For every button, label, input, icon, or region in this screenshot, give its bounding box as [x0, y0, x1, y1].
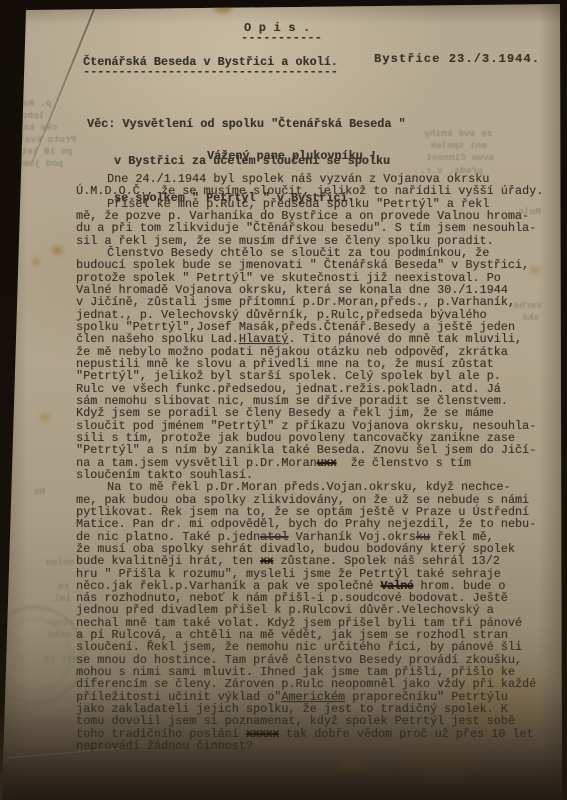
- bleedthrough-fragment: Hm: [34, 486, 45, 497]
- photo-background: p. Rulc.lobo.cké knihyProto kvalit.po 10…: [0, 0, 567, 800]
- bleedthrough-fragment: ocko: [48, 629, 71, 640]
- bleedthrough-fragment: ta: [58, 581, 69, 592]
- stain: [2, 540, 8, 546]
- subject-label: Věc:: [87, 117, 115, 131]
- text-segment: že členstvo s tím: [336, 456, 471, 470]
- copy-heading-underline: -----------: [241, 31, 322, 45]
- subject-line-1: Věc: Vysvětlení od spolku "Čtenářská Bes…: [87, 118, 406, 130]
- bleedthrough-fragment: ost (a: [44, 653, 78, 664]
- bleedthrough-fragment: oniou: [46, 557, 75, 568]
- bleedthrough-fragment: svou činnost: [426, 152, 494, 163]
- struck-text: uxx: [317, 456, 337, 470]
- bleedthrough-fragment: Proto kvalit.: [2, 134, 76, 145]
- bleedthrough-fragment: ani spolek: [430, 140, 487, 151]
- bleedthrough-fragment: po 10 letech: [4, 146, 72, 157]
- bleedthrough-fragment: ziou-: [46, 617, 75, 628]
- bleedthrough-fragment: p. Rulc.: [6, 98, 52, 109]
- organization-underline: ------------------------------------: [83, 65, 338, 79]
- document-page: p. Rulc.lobo.cké knihyProto kvalit.po 10…: [0, 0, 567, 800]
- bleedthrough-fragment: iol: [54, 593, 71, 604]
- subject-text-1: Vysvětlení od spolku "Čtenářská Beseda ": [115, 117, 405, 131]
- body-text: Dne 24./1.1944 byl spolek náš vyzván z V…: [76, 173, 550, 752]
- bleedthrough-fragment: ze své knihy: [424, 128, 492, 139]
- salutation: Vážený pane plukovníku !: [207, 149, 377, 163]
- paper-shadow: [0, 680, 567, 800]
- bleedthrough-fragment: cké knihy: [6, 122, 57, 133]
- bleedthrough-fragment: lobo.: [16, 110, 45, 121]
- bleedthrough-fragment: pod jménem: [6, 158, 63, 169]
- dateline: Bystřice 23./3.1944.: [374, 52, 540, 66]
